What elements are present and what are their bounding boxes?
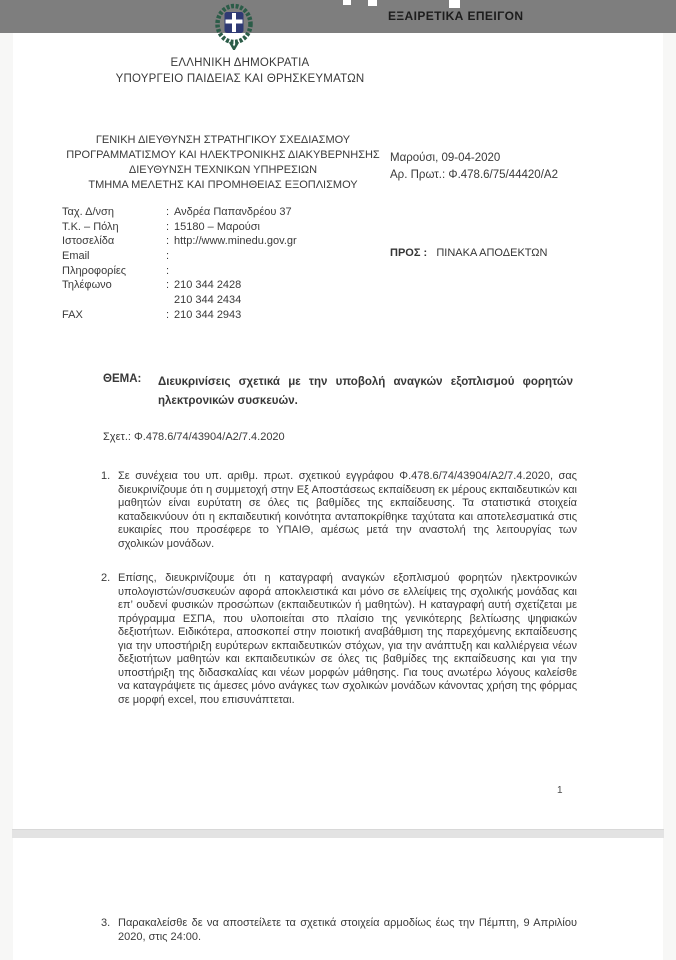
- department-line: ΔΙΕΥΘΥΝΣΗ ΤΕΧΝΙΚΩΝ ΥΠΗΡΕΣΙΩΝ: [48, 163, 398, 178]
- department-line: ΠΡΟΓΡΑΜΜΑΤΙΣΜΟΥ ΚΑΙ ΗΛΕΚΤΡΟΝΙΚΗΣ ΔΙΑΚΥΒΕ…: [48, 148, 398, 163]
- paragraph-text: Παρακαλείσθε δε να αποστείλετε τα σχετικ…: [118, 917, 577, 944]
- urgency-banner: [0, 0, 676, 33]
- contact-value: 210 344 2428: [174, 279, 382, 291]
- page-right-edge: [663, 33, 676, 960]
- recipient-line: ΠΡΟΣ : ΠΙΝΑΚΑ ΑΠΟΔΕΚΤΩΝ: [390, 247, 547, 259]
- ministry-title: ΥΠΟΥΡΓΕΙΟ ΠΑΙΔΕΙΑΣ ΚΑΙ ΘΡΗΣΚΕΥΜΑΤΩΝ: [60, 71, 420, 87]
- department-line: ΓΕΝΙΚΗ ΔΙΕΥΘΥΝΣΗ ΣΤΡΑΤΗΓΙΚΟΥ ΣΧΕΔΙΑΣΜΟΥ: [48, 133, 398, 148]
- contact-row-email: Email :: [62, 250, 382, 265]
- contact-value: Ανδρέα Παπανδρέου 37: [174, 206, 382, 218]
- subject-text: Διευκρινίσεις σχετικά με την υποβολή ανα…: [158, 373, 573, 411]
- contact-value: http://www.minedu.gov.gr: [174, 235, 382, 247]
- contact-label: Τ.Κ. – Πόλη: [62, 221, 166, 233]
- contact-label: Ιστοσελίδα: [62, 235, 166, 247]
- body-paragraph-3: 3. Παρακαλείσθε δε να αποστείλετε τα σχε…: [101, 917, 577, 944]
- recipient-value: ΠΙΝΑΚΑ ΑΠΟΔΕΚΤΩΝ: [436, 247, 547, 259]
- contact-label: Email: [62, 250, 166, 262]
- contact-label: Τηλέφωνο: [62, 279, 166, 291]
- cropped-text-fragment: [343, 0, 351, 5]
- department-line: ΤΜΗΜΑ ΜΕΛΕΤΗΣ ΚΑΙ ΠΡΟΜΗΘΕΙΑΣ ΕΞΟΠΛΙΣΜΟΥ: [48, 178, 398, 193]
- contact-colon: :: [166, 265, 174, 277]
- ministry-header: ΕΛΛΗΝΙΚΗ ΔΗΜΟΚΡΑΤΙΑ ΥΠΟΥΡΓΕΙΟ ΠΑΙΔΕΙΑΣ Κ…: [60, 55, 420, 87]
- contact-label: FAX: [62, 309, 166, 321]
- contact-colon: :: [166, 235, 174, 247]
- contact-colon: :: [166, 206, 174, 218]
- contact-label: Ταχ. Δ/νση: [62, 206, 166, 218]
- paragraph-number: 2.: [101, 572, 118, 707]
- contact-value: 210 344 2943: [174, 309, 382, 321]
- subject-label: ΘΕΜΑ:: [103, 373, 147, 411]
- paragraph-text: Επίσης, διευκρινίζουμε ότι η καταγραφή α…: [118, 572, 577, 707]
- contact-row-phone-1: Τηλέφωνο : 210 344 2428: [62, 279, 382, 294]
- contact-label: Πληροφορίες: [62, 265, 166, 277]
- place-date: Μαρούσι, 09-04-2020: [390, 150, 558, 167]
- contact-table: Ταχ. Δ/νση : Ανδρέα Παπανδρέου 37 Τ.Κ. –…: [62, 206, 382, 324]
- cropped-text-fragment: [368, 0, 377, 6]
- contact-row-website: Ιστοσελίδα : http://www.minedu.gov.gr: [62, 235, 382, 250]
- contact-row-address: Ταχ. Δ/νση : Ανδρέα Παπανδρέου 37: [62, 206, 382, 221]
- department-block: ΓΕΝΙΚΗ ΔΙΕΥΘΥΝΣΗ ΣΤΡΑΤΗΓΙΚΟΥ ΣΧΕΔΙΑΣΜΟΥ …: [48, 133, 398, 193]
- greek-coat-of-arms-icon: [211, 2, 257, 50]
- republic-title: ΕΛΛΗΝΙΚΗ ΔΗΜΟΚΡΑΤΙΑ: [60, 55, 420, 71]
- urgency-label: ΕΞΑΙΡΕΤΙΚΑ ΕΠΕΙΓΟΝ: [388, 9, 524, 23]
- contact-colon: :: [166, 309, 174, 321]
- body-paragraph-2: 2. Επίσης, διευκρινίζουμε ότι η καταγραφ…: [101, 572, 577, 707]
- paragraph-number: 3.: [101, 917, 118, 944]
- contact-value: 210 344 2434: [174, 294, 382, 306]
- contact-row-phone-2: 210 344 2434: [62, 294, 382, 309]
- contact-row-fax: FAX : 210 344 2943: [62, 309, 382, 324]
- page-left-edge: [0, 33, 13, 960]
- contact-row-postcode: Τ.Κ. – Πόλη : 15180 – Μαρούσι: [62, 221, 382, 236]
- page-separator: [12, 829, 664, 838]
- page-number: 1: [557, 785, 563, 796]
- contact-colon: :: [166, 221, 174, 233]
- document-page: ΕΞΑΙΡΕΤΙΚΑ ΕΠΕΙΓΟΝ ΕΛΛΗΝΙΚΗ ΔΗΜΟΚΡΑΤΙΑ Υ…: [0, 0, 676, 960]
- body-paragraph-1: 1. Σε συνέχεια του υπ. αριθμ. πρωτ. σχετ…: [101, 470, 577, 551]
- meta-block: Μαρούσι, 09-04-2020 Αρ. Πρωτ.: Φ.478.6/7…: [390, 150, 558, 184]
- contact-value: 15180 – Μαρούσι: [174, 221, 382, 233]
- contact-colon: :: [166, 279, 174, 291]
- paragraph-text: Σε συνέχεια του υπ. αριθμ. πρωτ. σχετικο…: [118, 470, 577, 551]
- cropped-text-fragment: [449, 0, 460, 8]
- reference-line: Σχετ.: Φ.478.6/74/43904/Α2/7.4.2020: [103, 431, 285, 443]
- subject-block: ΘΕΜΑ: Διευκρινίσεις σχετικά με την υποβο…: [103, 373, 573, 411]
- paragraph-number: 1.: [101, 470, 118, 551]
- protocol-number: Αρ. Πρωτ.: Φ.478.6/75/44420/Α2: [390, 167, 558, 184]
- contact-colon: :: [166, 250, 174, 262]
- recipient-label: ΠΡΟΣ :: [390, 247, 427, 259]
- contact-row-info: Πληροφορίες :: [62, 265, 382, 280]
